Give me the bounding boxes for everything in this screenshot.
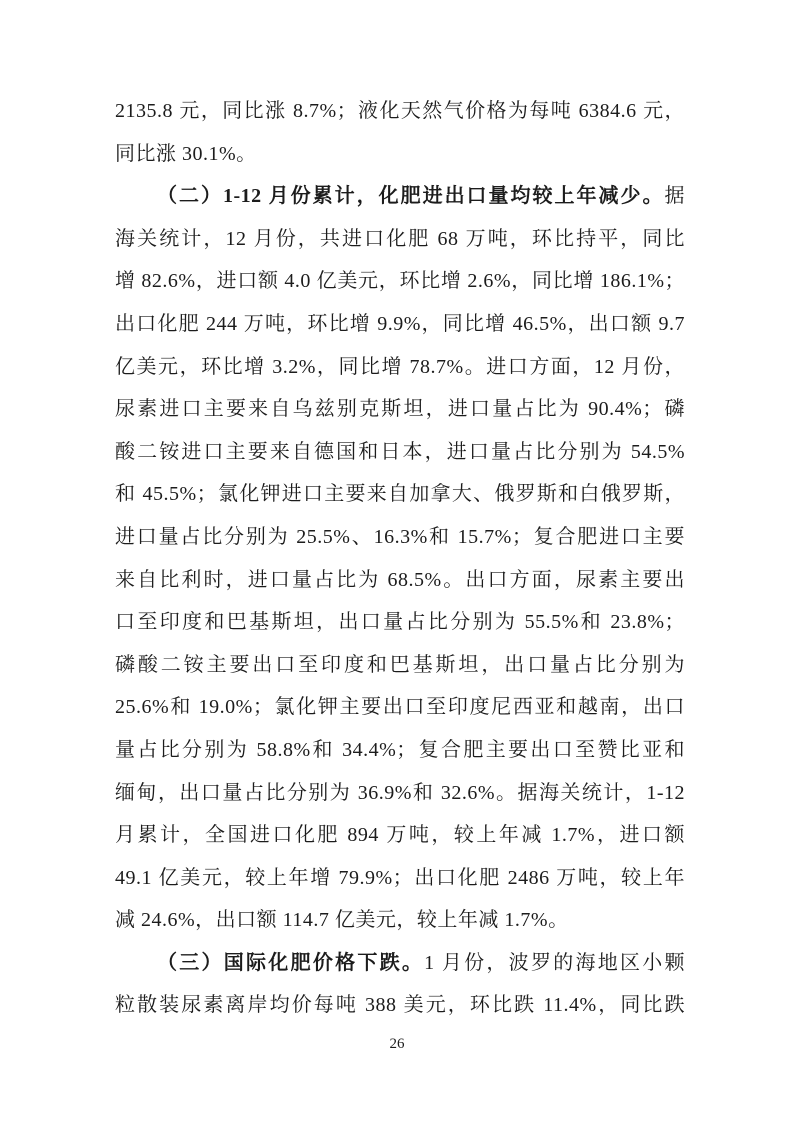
- line-text: 2135.8 元，同比涨 8.7%；液化天然气价格为每吨 6384.6 元，: [115, 100, 685, 122]
- text-line: （三）国际化肥价格下跌。1 月份，波罗的海地区小颗: [115, 942, 685, 985]
- text-line: 和 45.5%；氯化钾进口主要来自加拿大、俄罗斯和白俄罗斯，: [115, 473, 685, 516]
- text-line: 2135.8 元，同比涨 8.7%；液化天然气价格为每吨 6384.6 元，: [115, 90, 685, 133]
- line-text: 月累计，全国进口化肥 894 万吨，较上年减 1.7%，进口额: [115, 824, 685, 846]
- line-text: 25.6%和 19.0%；氯化钾主要出口至印度尼西亚和越南，出口: [115, 696, 685, 718]
- line-text: 缅甸，出口量占比分别为 36.9%和 32.6%。据海关统计，1-12: [115, 782, 685, 804]
- text-line: 来自比利时，进口量占比为 68.5%。出口方面，尿素主要出: [115, 559, 685, 602]
- text-line: 减 24.6%，出口额 114.7 亿美元，较上年减 1.7%。: [115, 899, 685, 942]
- line-text: 1 月份，波罗的海地区小颗: [424, 952, 685, 974]
- document-page: 2135.8 元，同比涨 8.7%；液化天然气价格为每吨 6384.6 元， 同…: [0, 0, 794, 1123]
- text-line: 酸二铵进口主要来自德国和日本，进口量占比分别为 54.5%: [115, 431, 685, 474]
- line-text: 磷酸二铵主要出口至印度和巴基斯坦，出口量占比分别为: [115, 654, 685, 676]
- page-number: 26: [0, 1033, 794, 1055]
- text-line: 量占比分别为 58.8%和 34.4%；复合肥主要出口至赞比亚和: [115, 729, 685, 772]
- text-line: 缅甸，出口量占比分别为 36.9%和 32.6%。据海关统计，1-12: [115, 772, 685, 815]
- line-text: 出口化肥 244 万吨，环比增 9.9%，同比增 46.5%，出口额 9.7: [115, 313, 685, 335]
- line-text: 49.1 亿美元，较上年增 79.9%；出口化肥 2486 万吨，较上年: [115, 867, 685, 889]
- text-line: 同比涨 30.1%。: [115, 133, 685, 176]
- text-line: 出口化肥 244 万吨，环比增 9.9%，同比增 46.5%，出口额 9.7: [115, 303, 685, 346]
- line-text: 同比涨 30.1%。: [115, 143, 257, 165]
- section-heading-text: （三）国际化肥价格下跌。: [157, 952, 424, 974]
- text-line: 尿素进口主要来自乌兹别克斯坦，进口量占比为 90.4%；磷: [115, 388, 685, 431]
- text-line: 粒散装尿素离岸均价每吨 388 美元，环比跌 11.4%，同比跌: [115, 984, 685, 1027]
- line-text: 和 45.5%；氯化钾进口主要来自加拿大、俄罗斯和白俄罗斯，: [115, 483, 685, 505]
- text-line: 月累计，全国进口化肥 894 万吨，较上年减 1.7%，进口额: [115, 814, 685, 857]
- line-text: 亿美元，环比增 3.2%，同比增 78.7%。进口方面，12 月份，: [115, 356, 685, 378]
- line-text: 减 24.6%，出口额 114.7 亿美元，较上年减 1.7%。: [115, 909, 569, 931]
- section-heading-text: （二）1-12 月份累计，化肥进出口量均较上年减少。: [157, 185, 665, 207]
- line-text: 进口量占比分别为 25.5%、16.3%和 15.7%；复合肥进口主要: [115, 526, 685, 548]
- text-line: 口至印度和巴基斯坦，出口量占比分别为 55.5%和 23.8%；: [115, 601, 685, 644]
- line-text: 口至印度和巴基斯坦，出口量占比分别为 55.5%和 23.8%；: [115, 611, 685, 633]
- text-line: 海关统计，12 月份，共进口化肥 68 万吨，环比持平，同比: [115, 218, 685, 261]
- line-text: 海关统计，12 月份，共进口化肥 68 万吨，环比持平，同比: [115, 228, 685, 250]
- line-text: 酸二铵进口主要来自德国和日本，进口量占比分别为 54.5%: [115, 441, 685, 463]
- text-line: 磷酸二铵主要出口至印度和巴基斯坦，出口量占比分别为: [115, 644, 685, 687]
- text-line: 49.1 亿美元，较上年增 79.9%；出口化肥 2486 万吨，较上年: [115, 857, 685, 900]
- text-line: 进口量占比分别为 25.5%、16.3%和 15.7%；复合肥进口主要: [115, 516, 685, 559]
- line-text: 量占比分别为 58.8%和 34.4%；复合肥主要出口至赞比亚和: [115, 739, 685, 761]
- line-text: 据: [665, 185, 686, 207]
- line-text: 粒散装尿素离岸均价每吨 388 美元，环比跌 11.4%，同比跌: [115, 994, 685, 1016]
- line-text: 增 82.6%，进口额 4.0 亿美元，环比增 2.6%，同比增 186.1%；: [115, 270, 685, 292]
- text-line: 25.6%和 19.0%；氯化钾主要出口至印度尼西亚和越南，出口: [115, 686, 685, 729]
- text-line: 增 82.6%，进口额 4.0 亿美元，环比增 2.6%，同比增 186.1%；: [115, 260, 685, 303]
- text-line: （二）1-12 月份累计，化肥进出口量均较上年减少。据: [115, 175, 685, 218]
- body-text-block: 2135.8 元，同比涨 8.7%；液化天然气价格为每吨 6384.6 元， 同…: [115, 90, 685, 1027]
- line-text: 尿素进口主要来自乌兹别克斯坦，进口量占比为 90.4%；磷: [115, 398, 685, 420]
- line-text: 来自比利时，进口量占比为 68.5%。出口方面，尿素主要出: [115, 569, 685, 591]
- text-line: 亿美元，环比增 3.2%，同比增 78.7%。进口方面，12 月份，: [115, 346, 685, 389]
